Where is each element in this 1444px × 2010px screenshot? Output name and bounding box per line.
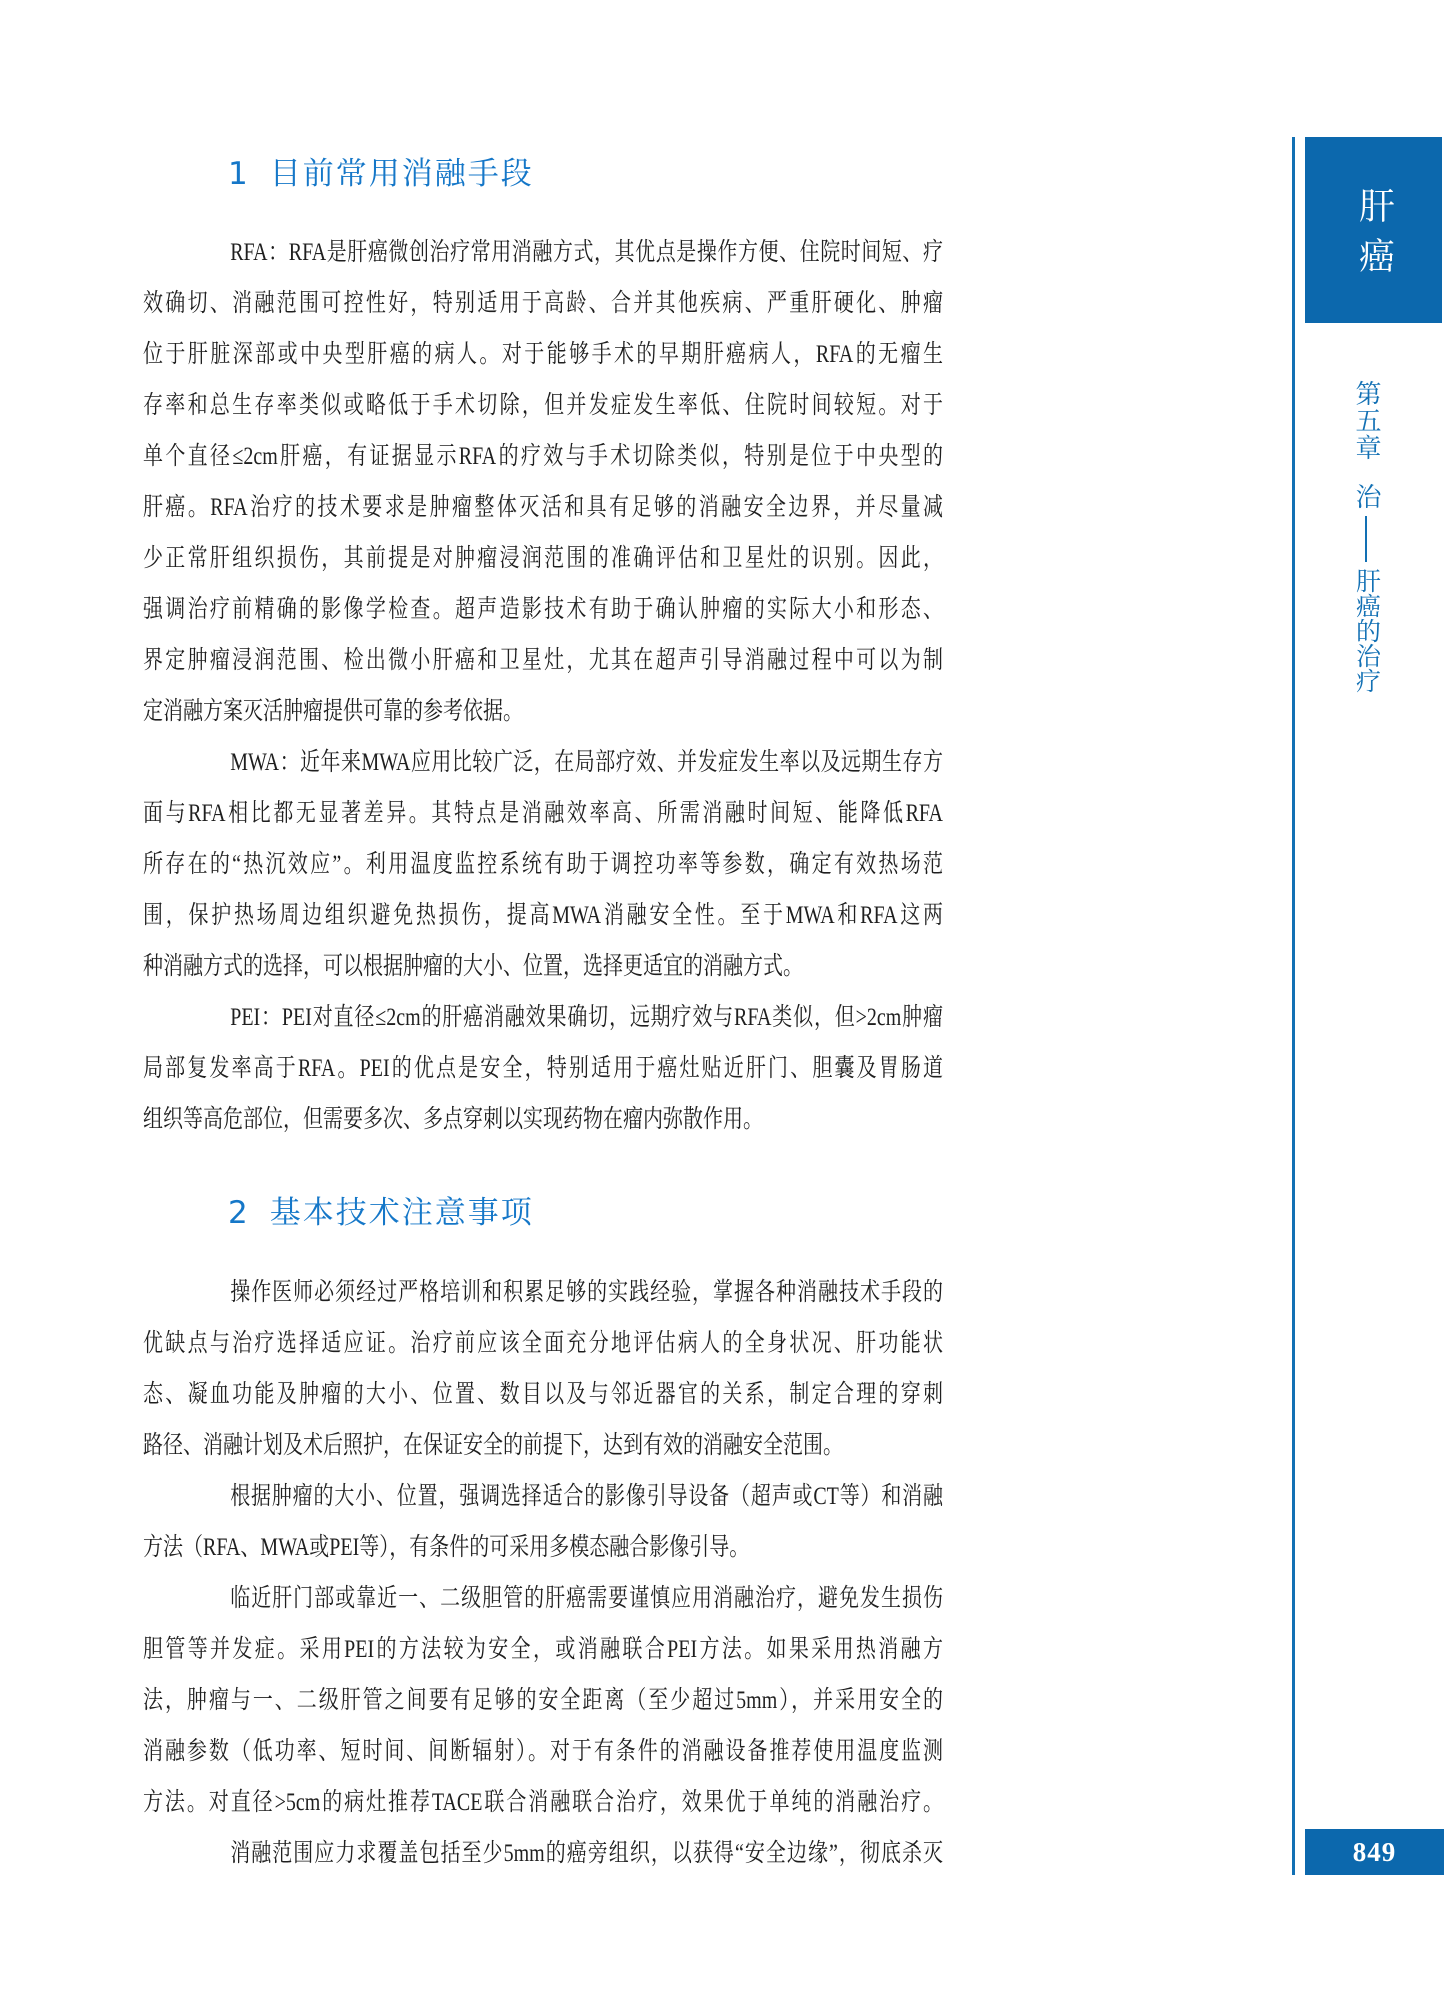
page-number-box: 849: [1305, 1829, 1444, 1875]
text-line: 所存在的“热沉效应”。利用温度监控系统有助于调控功率等参数，确定有效热场范: [143, 839, 943, 890]
text-line: 少正常肝组织损伤，其前提是对肿瘤浸润范围的准确评估和卫星灶的识别。因此，: [143, 533, 943, 584]
section-heading: 1目前常用消融手段: [228, 154, 1143, 194]
section-number: 1: [228, 156, 250, 192]
text-line: 围，保护热场周边组织避免热损伤，提高MWA消融安全性。至于MWA和RFA这两: [143, 890, 943, 941]
text-line: 态、凝血功能及肿瘤的大小、位置、数目以及与邻近器官的关系，制定合理的穿刺: [143, 1369, 943, 1420]
text-line: 肝癌。RFA治疗的技术要求是肿瘤整体灭活和具有足够的消融安全边界，并尽量减: [143, 482, 943, 533]
page-number: 849: [1353, 1837, 1397, 1868]
text-line: MWA：近年来MWA应用比较广泛，在局部疗效、并发症发生率以及远期生存方: [143, 737, 943, 788]
chapter-word-vertical: 治: [1351, 483, 1381, 510]
text-line: 效确切、消融范围可控性好，特别适用于高龄、合并其他疾病、严重肝硬化、肿瘤: [143, 278, 943, 329]
chapter-tab-label: 肝癌: [1356, 187, 1392, 287]
section-heading: 2基本技术注意事项: [228, 1193, 1143, 1233]
text-line: 路径、消融计划及术后照护，在保证安全的前提下，达到有效的消融安全范围。: [143, 1420, 943, 1471]
section-title: 目前常用消融手段: [270, 156, 534, 192]
text-line: 方法（RFA、MWA或PEI等），有条件的可采用多模态融合影像引导。: [143, 1522, 943, 1573]
paragraph: 操作医师必须经过严格培训和积累足够的实践经验，掌握各种消融技术手段的优缺点与治疗…: [143, 1267, 1143, 1471]
text-line: 优缺点与治疗选择适应证。治疗前应该全面充分地评估病人的全身状况、肝功能状: [143, 1318, 943, 1369]
text-line: 存率和总生存率类似或略低于手术切除，但并发症发生率低、住院时间较短。对于: [143, 380, 943, 431]
chapter-number-vertical: 第五章: [1351, 380, 1381, 461]
chapter-tab: 肝癌: [1305, 137, 1442, 323]
text-line: 组织等高危部位，但需要多次、多点穿刺以实现药物在瘤内弥散作用。: [143, 1094, 943, 1145]
text-line: 消融参数（低功率、短时间、间断辐射）。对于有条件的消融设备推荐使用温度监测: [143, 1726, 943, 1777]
text-line: PEI：PEI对直径≤2cm的肝癌消融效果确切，远期疗效与RFA类似，但>2cm…: [143, 992, 943, 1043]
text-line: 定消融方案灭活肿瘤提供可靠的参考依据。: [143, 686, 943, 737]
text-line: 强调治疗前精确的影像学检查。超声造影技术有助于确认肿瘤的实际大小和形态、: [143, 584, 943, 635]
section-number: 2: [228, 1195, 250, 1231]
chapter-subtitle-vertical: 肝癌的治疗: [1353, 568, 1380, 693]
paragraph: 根据肿瘤的大小、位置，强调选择适合的影像引导设备（超声或CT等）和消融方法（RF…: [143, 1471, 1143, 1573]
text-line: 操作医师必须经过严格培训和积累足够的实践经验，掌握各种消融技术手段的: [143, 1267, 943, 1318]
chapter-title-vertical: 第五章 治 肝癌的治疗: [1350, 380, 1382, 693]
text-line: 法，肿瘤与一、二级肝管之间要有足够的安全距离（至少超过5mm），并采用安全的: [143, 1675, 943, 1726]
text-line: 消融范围应力求覆盖包括至少5mm的癌旁组织，以获得“安全边缘”，彻底杀灭: [143, 1828, 943, 1879]
text-line: RFA：RFA是肝癌微创治疗常用消融方式，其优点是操作方便、住院时间短、疗: [143, 227, 943, 278]
text-line: 临近肝门部或靠近一、二级胆管的肝癌需要谨慎应用消融治疗，避免发生损伤: [143, 1573, 943, 1624]
paragraph: PEI：PEI对直径≤2cm的肝癌消融效果确切，远期疗效与RFA类似，但>2cm…: [143, 992, 1143, 1145]
paragraph: 消融范围应力求覆盖包括至少5mm的癌旁组织，以获得“安全边缘”，彻底杀灭: [143, 1828, 1143, 1879]
text-line: 面与RFA相比都无显著差异。其特点是消融效率高、所需消融时间短、能降低RFA: [143, 788, 943, 839]
text-line: 界定肿瘤浸润范围、检出微小肝癌和卫星灶，尤其在超声引导消融过程中可以为制: [143, 635, 943, 686]
text-line: 胆管等并发症。采用PEI的方法较为安全，或消融联合PEI方法。如果采用热消融方: [143, 1624, 943, 1675]
chapter-dash: [1365, 516, 1367, 562]
sidebar-vertical-rule: [1292, 137, 1295, 1875]
text-line: 单个直径≤2cm肝癌，有证据显示RFA的疗效与手术切除类似，特别是位于中央型的: [143, 431, 943, 482]
text-line: 方法。对直径>5cm的病灶推荐TACE联合消融联合治疗，效果优于单纯的消融治疗。: [143, 1777, 943, 1828]
paragraph: MWA：近年来MWA应用比较广泛，在局部疗效、并发症发生率以及远期生存方面与RF…: [143, 737, 1143, 992]
text-line: 局部复发率高于RFA。PEI的优点是安全，特别适用于癌灶贴近肝门、胆囊及胃肠道: [143, 1043, 943, 1094]
section-title: 基本技术注意事项: [270, 1195, 534, 1231]
paragraph: 临近肝门部或靠近一、二级胆管的肝癌需要谨慎应用消融治疗，避免发生损伤胆管等并发症…: [143, 1573, 1143, 1828]
text-line: 位于肝脏深部或中央型肝癌的病人。对于能够手术的早期肝癌病人，RFA的无瘤生: [143, 329, 943, 380]
main-text-column: 1目前常用消融手段RFA：RFA是肝癌微创治疗常用消融方式，其优点是操作方便、住…: [143, 154, 1143, 1879]
text-line: 根据肿瘤的大小、位置，强调选择适合的影像引导设备（超声或CT等）和消融: [143, 1471, 943, 1522]
document-page: 1目前常用消融手段RFA：RFA是肝癌微创治疗常用消融方式，其优点是操作方便、住…: [0, 0, 1444, 2010]
paragraph: RFA：RFA是肝癌微创治疗常用消融方式，其优点是操作方便、住院时间短、疗效确切…: [143, 227, 1143, 737]
text-line: 种消融方式的选择，可以根据肿瘤的大小、位置，选择更适宜的消融方式。: [143, 941, 943, 992]
